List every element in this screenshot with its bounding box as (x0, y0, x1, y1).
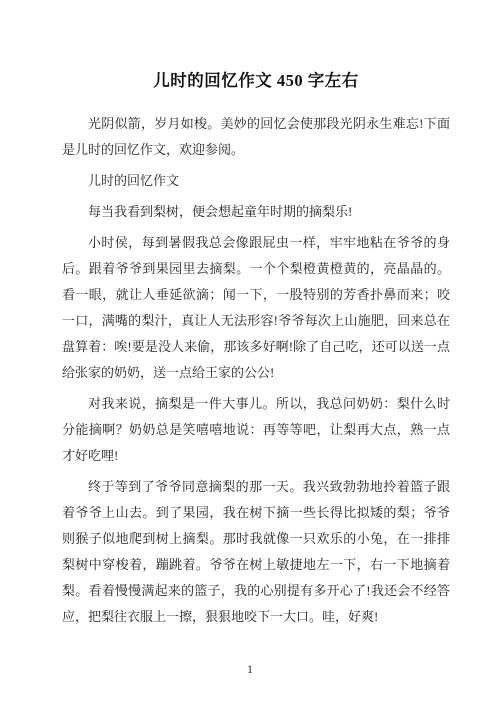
document-page: 儿时的回忆作文 450 字左右 光阴似箭，岁月如梭。美妙的回忆会使那段光阴永生难… (0, 0, 500, 707)
page-number: 1 (0, 662, 500, 677)
paragraph-subheading: 儿时的回忆作文 (62, 168, 450, 194)
paragraph-body-2: 对我来说，摘梨是一件大事儿。所以，我总问奶奶：梨什么时分能摘啊？奶奶总是笑嘻嘻地… (62, 391, 450, 469)
paragraph-body-3: 终于等到了爷爷同意摘梨的那一天。我兴致勃勃地拎着篮子跟着爷爷上山去。到了果园，我… (62, 474, 450, 630)
paragraph-opening: 每当我看到梨树，便会想起童年时期的摘梨乐! (62, 199, 450, 225)
paragraph-body-1: 小时侯，每到暑假我总会像跟屁虫一样，牢牢地粘在爷爷的身后。跟着爷爷到果园里去摘梨… (62, 230, 450, 386)
page-title: 儿时的回忆作文 450 字左右 (62, 70, 450, 92)
paragraph-intro: 光阴似箭，岁月如梭。美妙的回忆会使那段光阴永生难忘!下面是儿时的回忆作文，欢迎参… (62, 111, 450, 163)
